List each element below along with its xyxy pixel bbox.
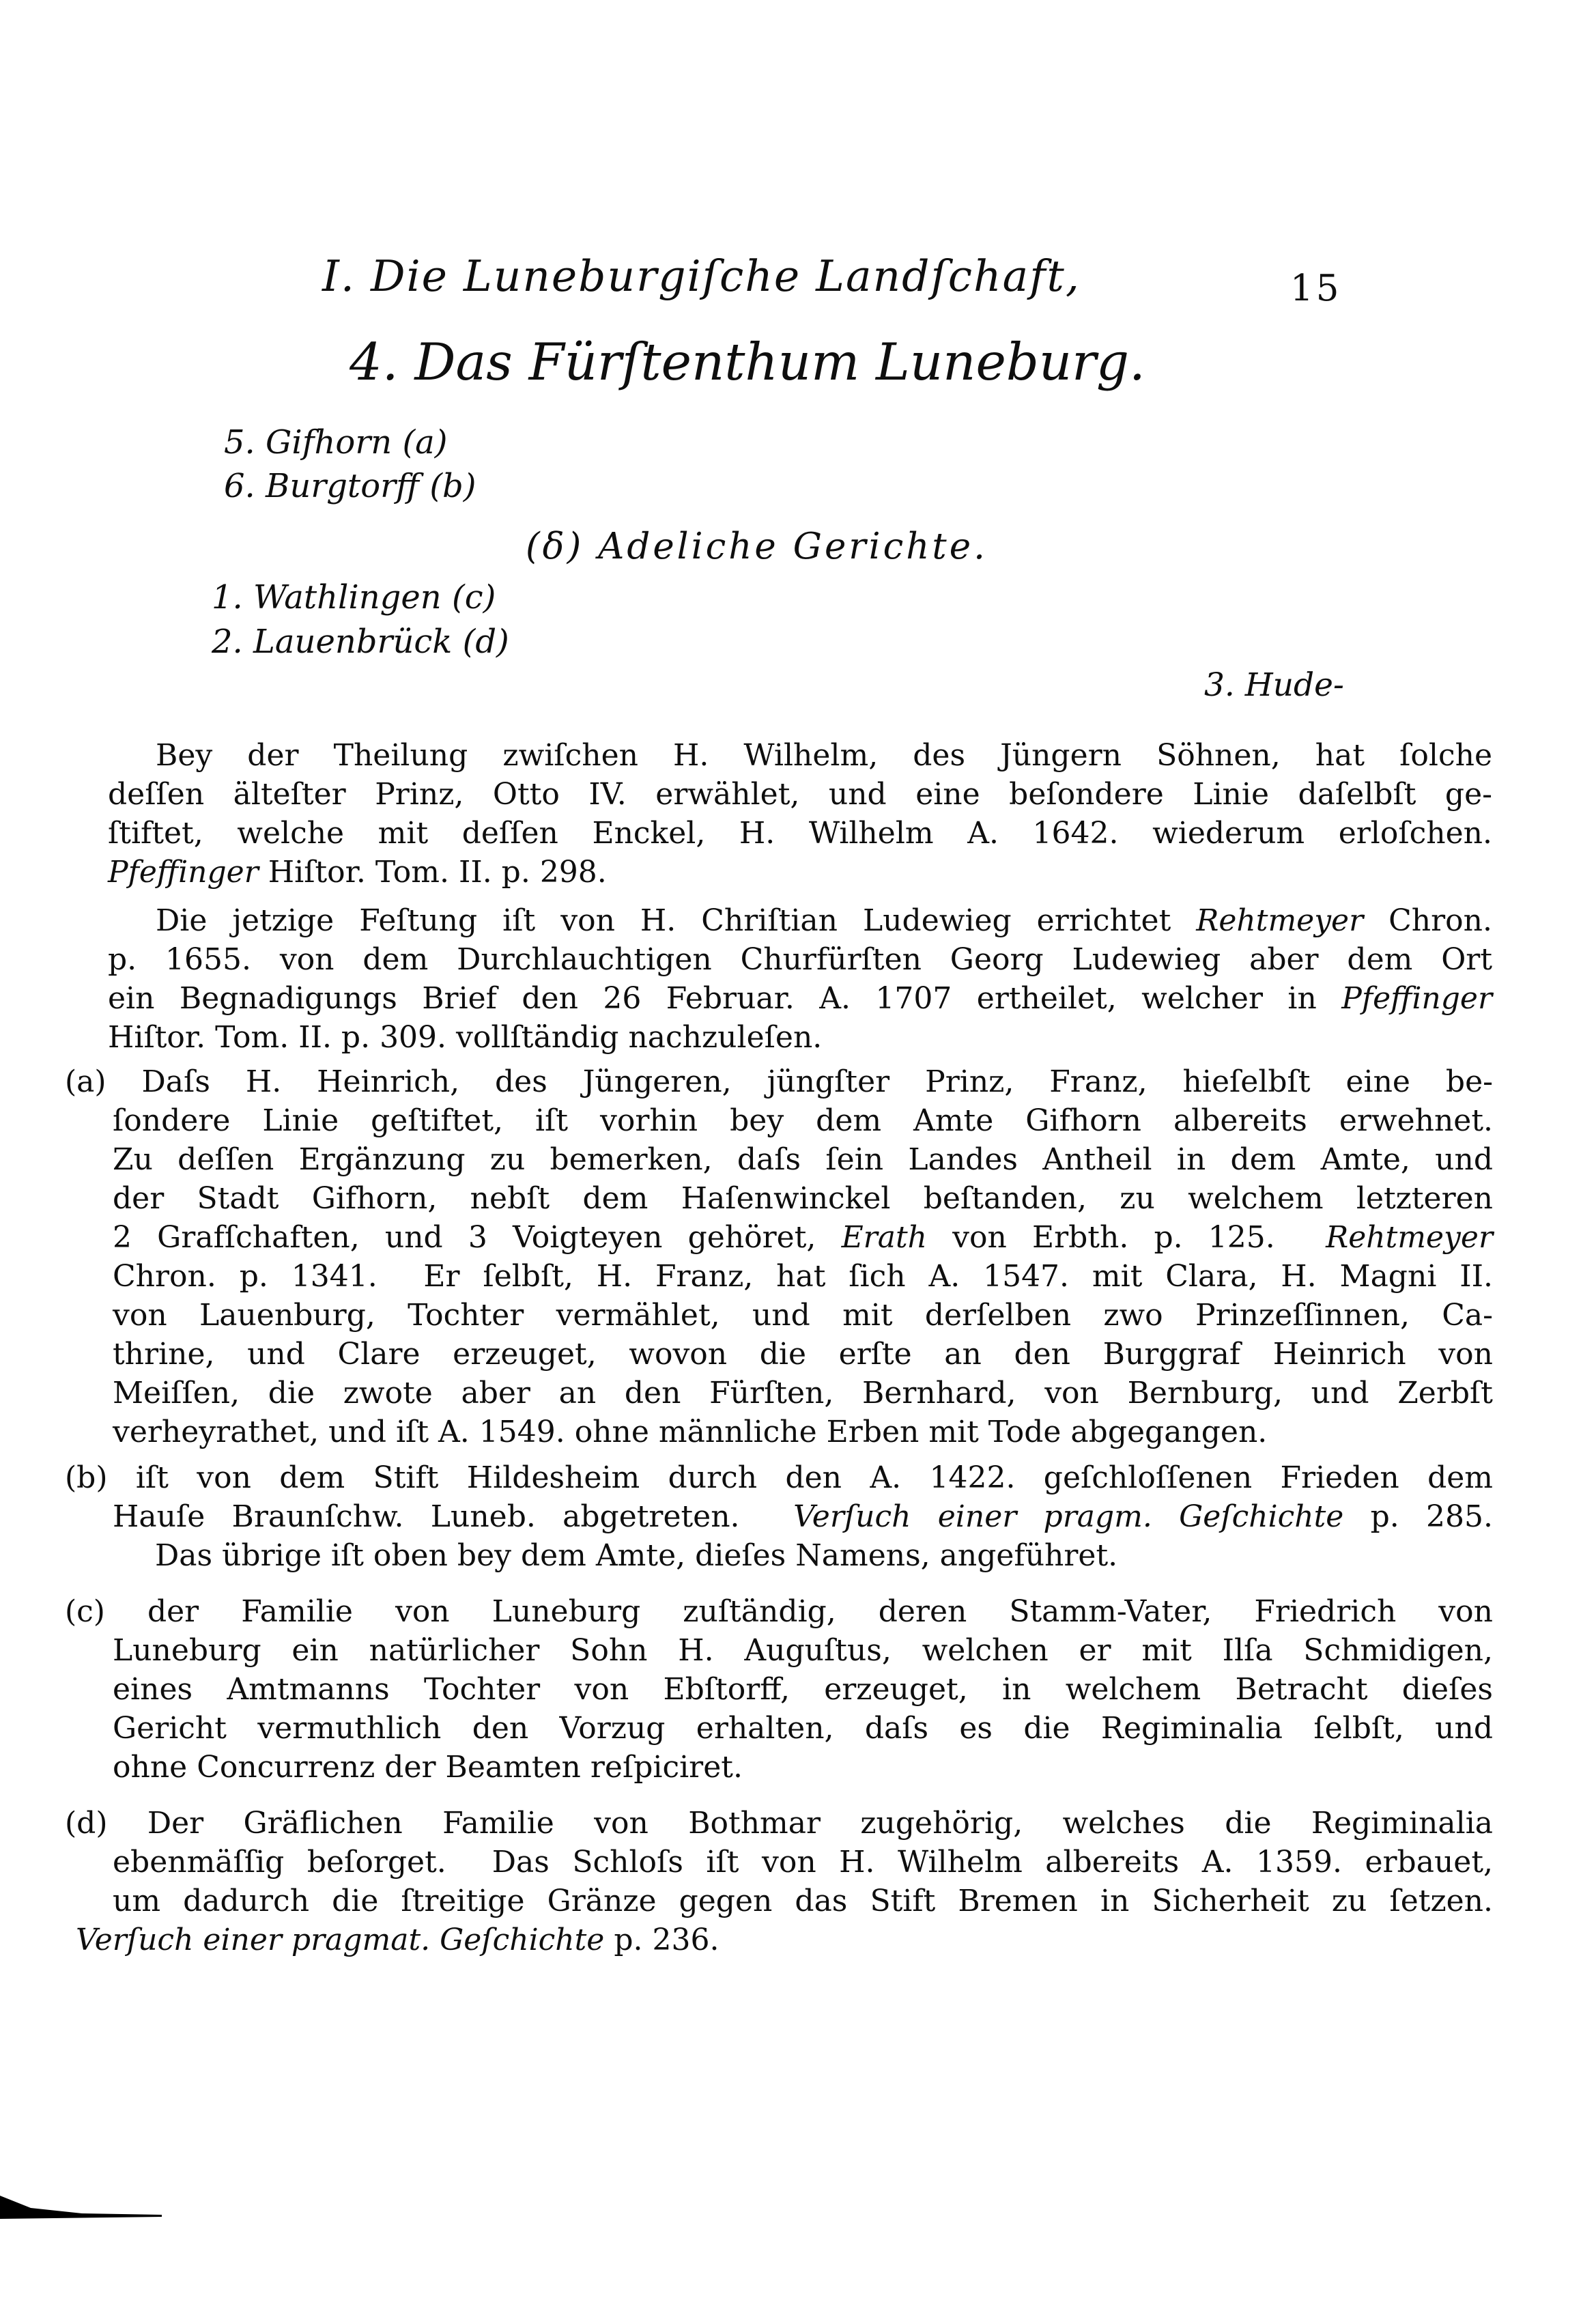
text-segment: Hiſtor. Tom. II. p. 298. [259,855,607,890]
text-segment: (b) iſt von dem Stift Hildesheim durch d… [65,1460,1493,1495]
text-segment: von Erbth. p. 125. [927,1220,1326,1255]
text-line: (a) Daſs H. Heinrich, des Jüngeren, jüng… [65,1062,1493,1101]
text-segment: (d) Der Gräflichen Familie von Bothmar z… [65,1806,1493,1841]
text-line: Gericht vermuthlich den Vorzug erhalten,… [65,1709,1493,1748]
text-line: Bey der Theilung zwiſchen H. Wilhelm, de… [108,736,1492,775]
text-line: ſondere Linie geſtiftet, iſt vorhin bey … [65,1101,1493,1140]
text-line: Zu deſſen Ergänzung zu bemerken, daſs ſe… [65,1140,1493,1179]
text-line: ein Begnadigungs Brief den 26 Februar. A… [108,979,1492,1018]
text-line: (b) iſt von dem Stift Hildesheim durch d… [65,1458,1493,1497]
text-line: Das übrige iſt oben bey dem Amte, dieſes… [65,1536,1493,1575]
text-line: Hauſe Braunſchw. Luneb. abgetreten. Verſ… [65,1497,1493,1536]
text-segment: Rehtmeyer [1326,1220,1493,1255]
text-segment: ohne Concurrenz der Beamten reſpiciret. [113,1750,743,1785]
text-segment: um dadurch die ſtreitige Gränze gegen da… [113,1884,1493,1918]
text-segment: ebenmäſſig beſorget. Das Schloſs iſt von… [113,1845,1493,1880]
text-segment: ſondere Linie geſtiftet, iſt vorhin bey … [113,1103,1493,1138]
list-item: 2. Lauenbrück (d) [212,620,509,664]
text-segment: Hiſtor. Tom. II. p. 309. vollſtändig nac… [108,1020,822,1055]
text-line: deſſen älteſter Prinz, Otto IV. erwählet… [108,775,1492,814]
text-segment: verheyrathet, und iſt A. 1549. ohne männ… [113,1415,1267,1449]
list-item: 1. Wathlingen (c) [212,576,509,620]
text-segment: Pfeffinger [1341,981,1492,1016]
text-segment: ein Begnadigungs Brief den 26 Februar. A… [108,981,1341,1016]
text-line: ſtiftet, welche mit deſſen Enckel, H. Wi… [108,814,1492,853]
text-line: ebenmäſſig beſorget. Das Schloſs iſt von… [65,1843,1493,1882]
paragraph: Bey der Theilung zwiſchen H. Wilhelm, de… [108,736,1492,892]
text-segment: thrine, und Clare erzeuget, wovon die er… [113,1337,1493,1372]
text-segment: Meiſſen, die zwote aber an den Fürſten, … [113,1376,1493,1411]
text-line: Pfeffinger Hiſtor. Tom. II. p. 298. [108,853,1492,892]
text-segment: Die jetzige Feſtung iſt von H. Chriſtian… [156,903,1196,938]
text-line: thrine, und Clare erzeuget, wovon die er… [65,1335,1493,1374]
gericht-list: 1. Wathlingen (c) 2. Lauenbrück (d) [212,576,509,664]
subsection-heading: (δ) Adeliche Gerichte. [526,526,988,567]
text-segment: (c) der Familie von Luneburg zuſtändig, … [65,1594,1493,1629]
list-item: 5. Gifhorn (a) [224,421,476,464]
text-line: eines Amtmanns Tochter von Ebſtorff, erz… [65,1670,1493,1709]
text-segment: 2 Grafſchaften, und 3 Voigteyen gehöret, [113,1220,842,1255]
text-segment: Verſuch einer pragmat. Geſchichte [76,1923,604,1957]
text-line: verheyrathet, und iſt A. 1549. ohne männ… [65,1413,1493,1451]
text-segment: von Lauenburg, Tochter vermählet, und mi… [113,1298,1493,1333]
text-segment: deſſen älteſter Prinz, Otto IV. erwählet… [108,777,1492,812]
text-line: Meiſſen, die zwote aber an den Fürſten, … [65,1374,1493,1413]
running-header: I. Die Luneburgiſche Landſchaft, [322,251,1081,301]
text-segment: Erath [842,1220,927,1255]
footnote-a: (a) Daſs H. Heinrich, des Jüngeren, jüng… [65,1062,1493,1451]
text-segment: Gericht vermuthlich den Vorzug erhalten,… [113,1711,1493,1746]
footnote-d: (d) Der Gräflichen Familie von Bothmar z… [65,1804,1493,1959]
text-segment: Das übrige iſt oben bey dem Amte, dieſes… [155,1538,1117,1573]
footnote-b: (b) iſt von dem Stift Hildesheim durch d… [65,1458,1493,1575]
text-line: Chron. p. 1341. Er ſelbſt, H. Franz, hat… [65,1257,1493,1296]
text-segment: Zu deſſen Ergänzung zu bemerken, daſs ſe… [113,1142,1493,1177]
text-segment: Luneburg ein natürlicher Sohn H. Auguſtu… [113,1633,1493,1668]
text-segment: p. 1655. von dem Durchlauchtigen Churfür… [108,942,1492,977]
text-segment: p. 236. [604,1923,719,1957]
text-line: (d) Der Gräflichen Familie von Bothmar z… [65,1804,1493,1843]
text-segment: Verſuch einer pragm. Geſchichte [793,1499,1343,1534]
text-line: 2 Grafſchaften, und 3 Voigteyen gehöret,… [65,1218,1493,1257]
section-title: 4. Das Fürſtenthum Luneburg. [350,332,1145,392]
text-segment: (a) Daſs H. Heinrich, des Jüngeren, jüng… [65,1064,1493,1099]
text-line: p. 1655. von dem Durchlauchtigen Churfür… [108,940,1492,979]
page-number: 15 [1290,268,1341,309]
paragraph: Die jetzige Feſtung iſt von H. Chriſtian… [108,901,1492,1057]
text-line: um dadurch die ſtreitige Gränze gegen da… [65,1882,1493,1921]
text-line: (c) der Familie von Luneburg zuſtändig, … [65,1592,1493,1631]
book-page: I. Die Luneburgiſche Landſchaft, 15 4. D… [0,0,1596,2324]
text-segment: Chron. p. 1341. Er ſelbſt, H. Franz, hat… [113,1259,1493,1294]
amt-list: 5. Gifhorn (a) 6. Burgtorff (b) [224,421,476,508]
text-segment: Chron. [1363,903,1492,938]
text-line: Die jetzige Feſtung iſt von H. Chriſtian… [108,901,1492,940]
text-segment: Hauſe Braunſchw. Luneb. abgetreten. [113,1499,793,1534]
text-line: Luneburg ein natürlicher Sohn H. Auguſtu… [65,1631,1493,1670]
text-segment: Pfeffinger [108,855,259,890]
text-line: ohne Concurrenz der Beamten reſpiciret. [65,1748,1493,1787]
text-segment: Rehtmeyer [1196,903,1363,938]
footnote-c: (c) der Familie von Luneburg zuſtändig, … [65,1592,1493,1787]
text-line: von Lauenburg, Tochter vermählet, und mi… [65,1296,1493,1335]
text-line: der Stadt Gifhorn, nebſt dem Haſenwincke… [65,1179,1493,1218]
list-item: 6. Burgtorff (b) [224,464,476,508]
text-line: Verſuch einer pragmat. Geſchichte p. 236… [65,1921,1493,1959]
text-segment: eines Amtmanns Tochter von Ebſtorff, erz… [113,1672,1493,1707]
scan-artifact [0,2196,167,2222]
text-segment: Bey der Theilung zwiſchen H. Wilhelm, de… [156,738,1492,773]
text-segment: der Stadt Gifhorn, nebſt dem Haſenwincke… [113,1181,1493,1216]
text-line: Hiſtor. Tom. II. p. 309. vollſtändig nac… [108,1018,1492,1057]
text-segment: p. 285. [1343,1499,1493,1534]
catchword: 3. Hude- [1204,666,1344,704]
text-segment: ſtiftet, welche mit deſſen Enckel, H. Wi… [108,816,1492,851]
